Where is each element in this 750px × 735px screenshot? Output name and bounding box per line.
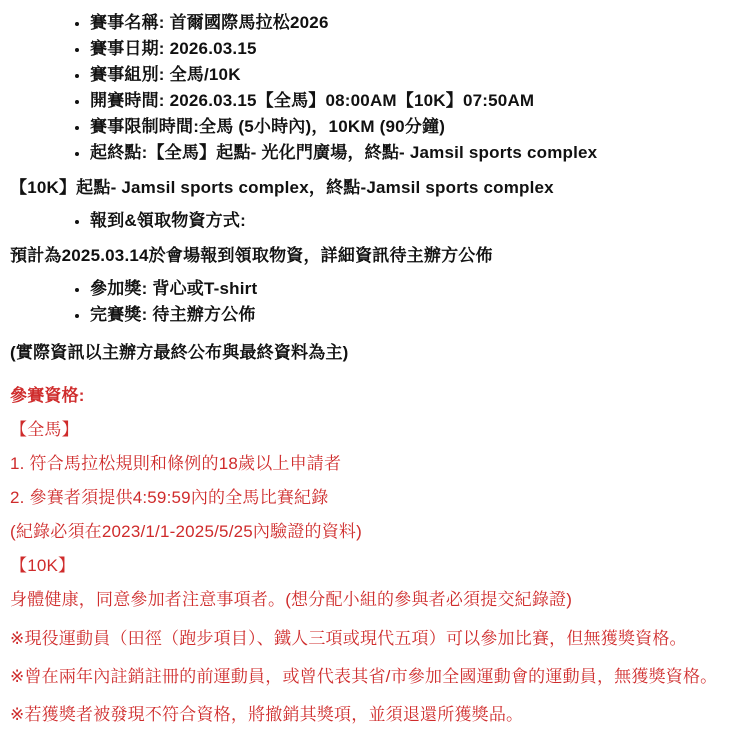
disclaimer-line: (實際資訊以主辦方最終公布與最終資料為主) — [10, 340, 738, 366]
full-marathon-rule-1: 1. 符合馬拉松規則和條例的18歲以上申請者 — [10, 451, 738, 477]
route-10k-line: 【10K】起點- Jamsil sports complex，終點-Jamsil… — [10, 175, 738, 201]
event-category-item: 賽事組別: 全馬/10K — [90, 62, 738, 88]
finisher-award-item: 完賽獎: 待主辦方公佈 — [90, 302, 738, 328]
event-name-item: 賽事名稱: 首爾國際馬拉松2026 — [90, 10, 738, 36]
note-active-athletes: ※現役運動員（田徑（跑步項目）、鐵人三項或現代五項）可以參加比賽，但無獲獎資格。 — [10, 626, 738, 652]
start-finish-item: 起終點:【全馬】起點- 光化門廣場，終點- Jamsil sports comp… — [90, 140, 738, 166]
pickup-note-line: 預計為2025.03.14於會場報到領取物資，詳細資訊待主辦方公佈 — [10, 243, 738, 269]
event-info-document: 賽事名稱: 首爾國際馬拉松2026 賽事日期: 2026.03.15 賽事組別:… — [0, 0, 750, 728]
award-bullet-list: 參加獎: 背心或T-shirt 完賽獎: 待主辦方公佈 — [10, 276, 738, 328]
tenk-label: 【10K】 — [10, 553, 738, 579]
time-limit-item: 賽事限制時間:全馬 (5小時內)，10KM (90分鐘) — [90, 114, 738, 140]
full-marathon-label: 【全馬】 — [10, 417, 738, 443]
tenk-rule: 身體健康，同意參加者注意事項者。(想分配小組的參與者必須提交紀錄證) — [10, 587, 738, 613]
eligibility-heading: 參賽資格: — [10, 383, 738, 409]
start-time-item: 開賽時間: 2026.03.15【全馬】08:00AM【10K】07:50AM — [90, 88, 738, 114]
participation-award-item: 參加獎: 背心或T-shirt — [90, 276, 738, 302]
event-info-bullet-list: 賽事名稱: 首爾國際馬拉松2026 賽事日期: 2026.03.15 賽事組別:… — [10, 10, 738, 166]
note-revocation: ※若獲獎者被發現不符合資格，將撤銷其獎項，並須退還所獲獎品。 — [10, 702, 738, 728]
full-marathon-rule-2: 2. 參賽者須提供4:59:59內的全馬比賽紀錄 — [10, 485, 738, 511]
note-former-athletes: ※曾在兩年內註銷註冊的前運動員，或曾代表其省/市參加全國運動會的運動員，無獲獎資… — [10, 664, 738, 690]
pickup-bullet-list: 報到&領取物資方式: — [10, 208, 738, 234]
full-marathon-record-note: (紀錄必須在2023/1/1-2025/5/25內驗證的資料) — [10, 519, 738, 545]
pickup-method-item: 報到&領取物資方式: — [90, 208, 738, 234]
event-date-item: 賽事日期: 2026.03.15 — [90, 36, 738, 62]
